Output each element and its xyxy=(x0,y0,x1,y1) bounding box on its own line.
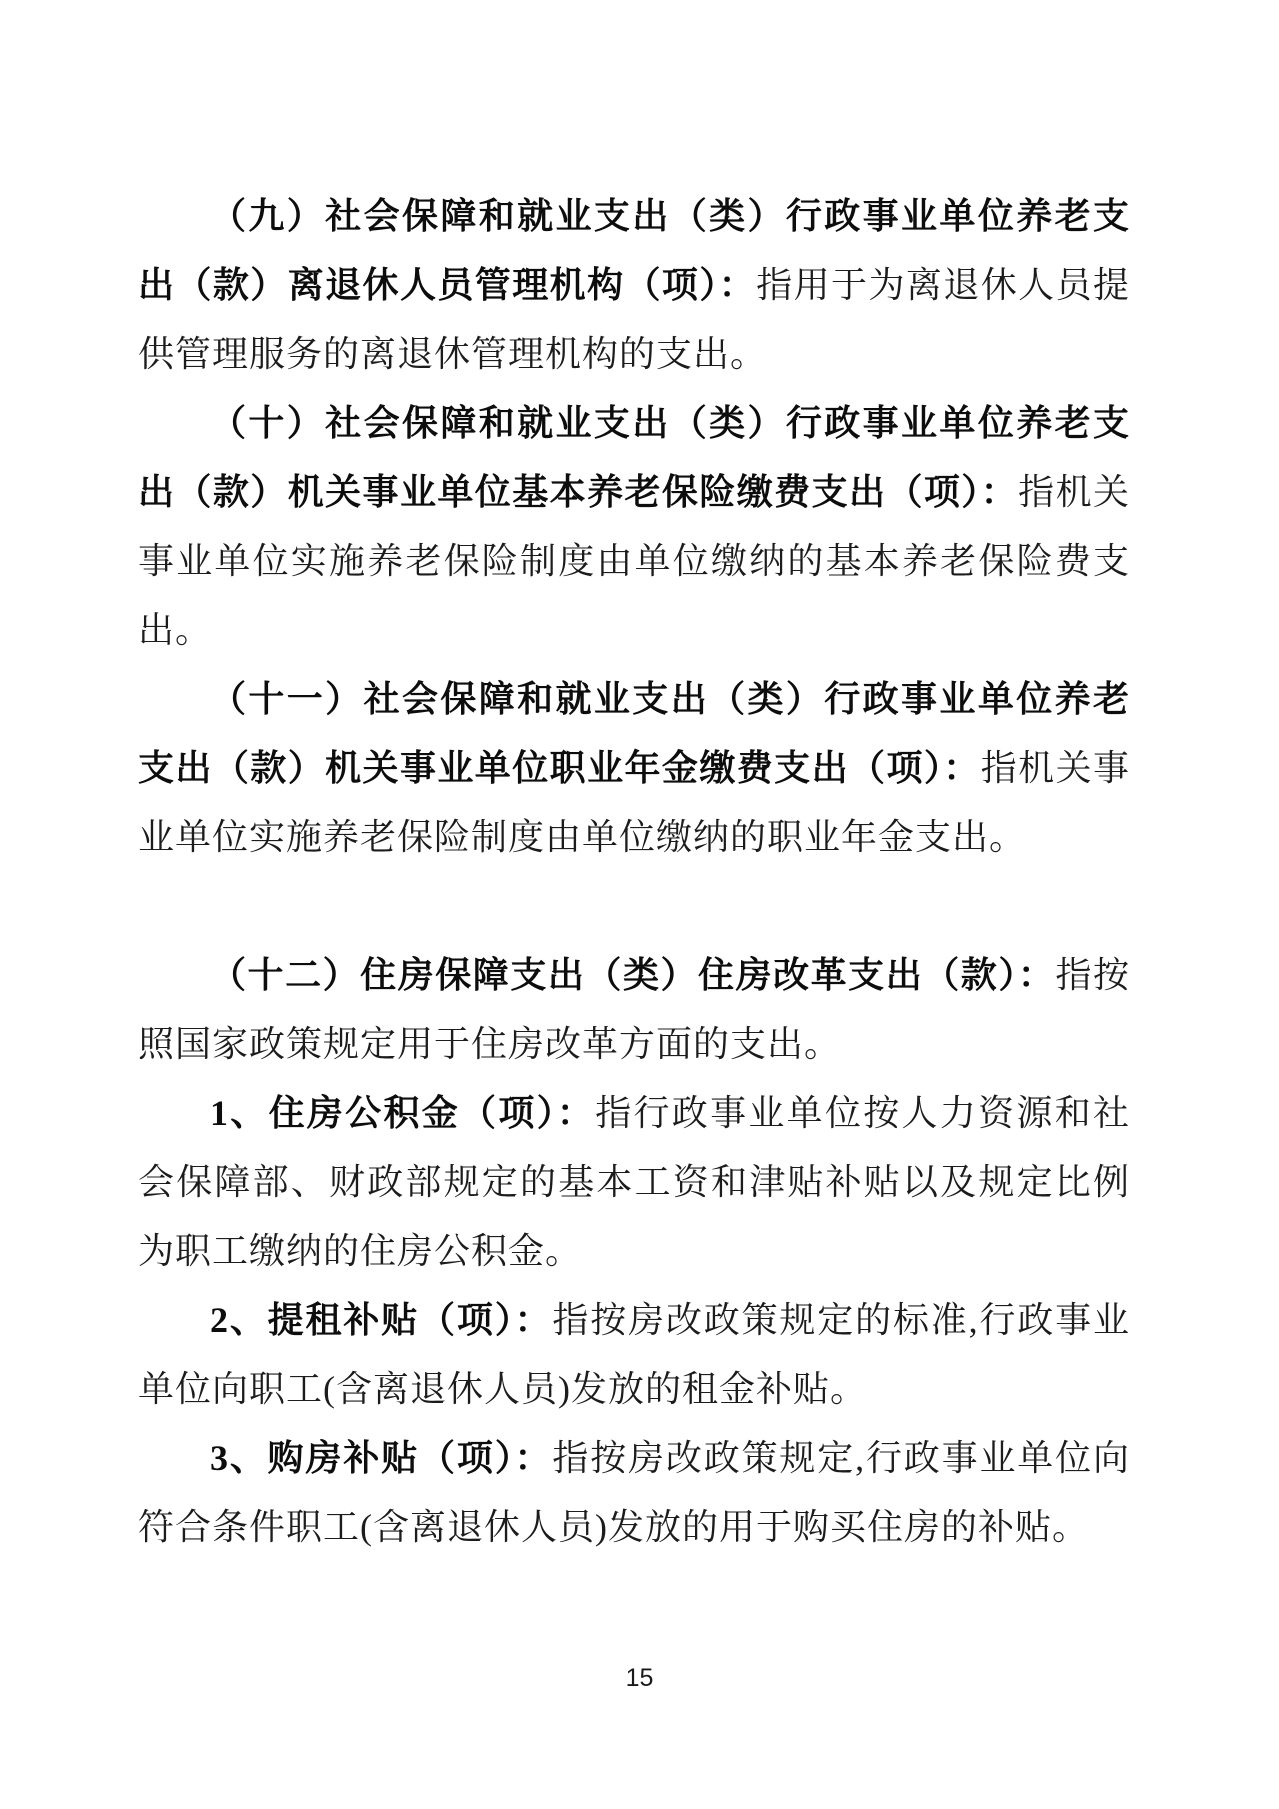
term-heading: （十）社会保障和就业支出（类）行政事业单位养老支出（款）机关事业单位基本养老保险… xyxy=(138,403,1130,512)
definition-paragraph: 1、住房公积金（项）：指行政事业单位按人力资源和社会保障部、财政部规定的基本工资… xyxy=(138,1079,1130,1286)
term-heading: （十二）住房保障支出（类）住房改革支出（款）： xyxy=(210,955,1055,995)
term-heading: 1、住房公积金（项）： xyxy=(210,1093,595,1133)
page-number: 15 xyxy=(0,1664,1279,1693)
definition-paragraph: （九）社会保障和就业支出（类）行政事业单位养老支出（款）离退休人员管理机构（项）… xyxy=(138,182,1130,389)
definition-paragraph: （十二）住房保障支出（类）住房改革支出（款）：指按照国家政策规定用于住房改革方面… xyxy=(138,941,1130,1079)
blank-line-spacer xyxy=(138,872,1130,941)
definition-paragraph: 2、提租补贴（项）：指按房改政策规定的标准,行政事业单位向职工(含离退休人员)发… xyxy=(138,1286,1130,1424)
definition-paragraph: （十一）社会保障和就业支出（类）行政事业单位养老支出（款）机关事业单位职业年金缴… xyxy=(138,665,1130,872)
term-heading: 2、提租补贴（项）： xyxy=(210,1300,552,1340)
definition-paragraph: （十）社会保障和就业支出（类）行政事业单位养老支出（款）机关事业单位基本养老保险… xyxy=(138,389,1130,665)
document-page: （九）社会保障和就业支出（类）行政事业单位养老支出（款）离退休人员管理机构（项）… xyxy=(0,0,1279,1809)
term-heading: 3、购房补贴（项）： xyxy=(210,1438,552,1478)
definition-paragraph: 3、购房补贴（项）：指按房改政策规定,行政事业单位向符合条件职工(含离退休人员)… xyxy=(138,1424,1130,1562)
page-content: （九）社会保障和就业支出（类）行政事业单位养老支出（款）离退休人员管理机构（项）… xyxy=(138,182,1130,1562)
